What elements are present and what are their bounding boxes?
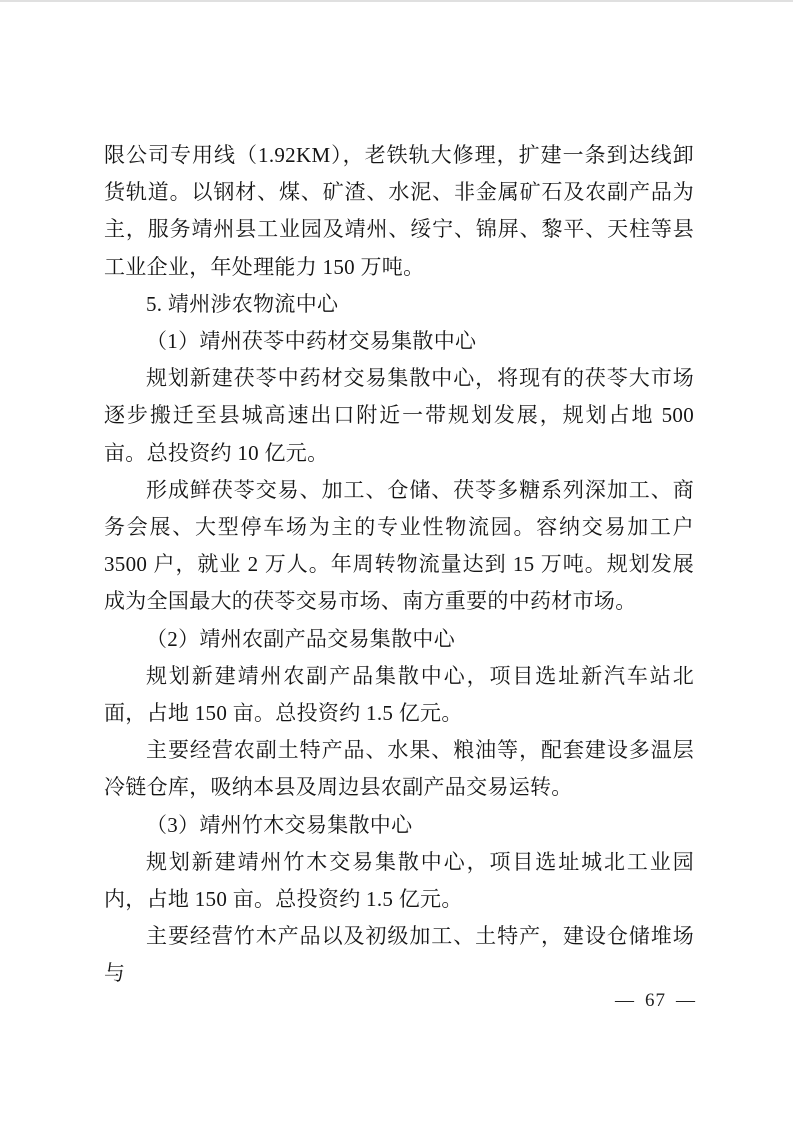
page-number-dash-left: — (615, 989, 635, 1013)
body-paragraph: 规划新建茯苓中药材交易集散中心，将现有的茯苓大市场逐步搬迁至县城高速出口附近一带… (104, 360, 694, 472)
page-number-dash-right: — (676, 989, 696, 1013)
document-page: 限公司专用线（1.92KM），老铁轨大修理，扩建一条到达线卸货轨道。以钢材、煤、… (0, 0, 793, 1122)
subsection-heading-2: （2）靖州农副产品交易集散中心 (104, 621, 694, 658)
paragraph-continuation: 限公司专用线（1.92KM），老铁轨大修理，扩建一条到达线卸货轨道。以钢材、煤、… (104, 137, 694, 286)
text-content: 限公司专用线（1.92KM），老铁轨大修理，扩建一条到达线卸货轨道。以钢材、煤、… (104, 137, 694, 993)
body-paragraph: 规划新建靖州竹木交易集散中心，项目选址城北工业园内，占地 150 亩。总投资约 … (104, 844, 694, 918)
body-paragraph: 主要经营竹木产品以及初级加工、土特产，建设仓储堆场与 (104, 918, 694, 992)
page-footer: — 67 — (615, 989, 696, 1013)
body-paragraph: 主要经营农副土特产品、水果、粮油等，配套建设多温层冷链仓库，吸纳本县及周边县农副… (104, 732, 694, 806)
section-heading-5: 5. 靖州涉农物流中心 (104, 286, 694, 323)
page-number: 67 (645, 989, 666, 1013)
body-paragraph: 形成鲜茯苓交易、加工、仓储、茯苓多糖系列深加工、商务会展、大型停车场为主的专业性… (104, 472, 694, 621)
subsection-heading-1: （1）靖州茯苓中药材交易集散中心 (104, 323, 694, 360)
subsection-heading-3: （3）靖州竹木交易集散中心 (104, 807, 694, 844)
body-paragraph: 规划新建靖州农副产品集散中心，项目选址新汽车站北面，占地 150 亩。总投资约 … (104, 658, 694, 732)
scan-edge-artifact (0, 0, 793, 2)
